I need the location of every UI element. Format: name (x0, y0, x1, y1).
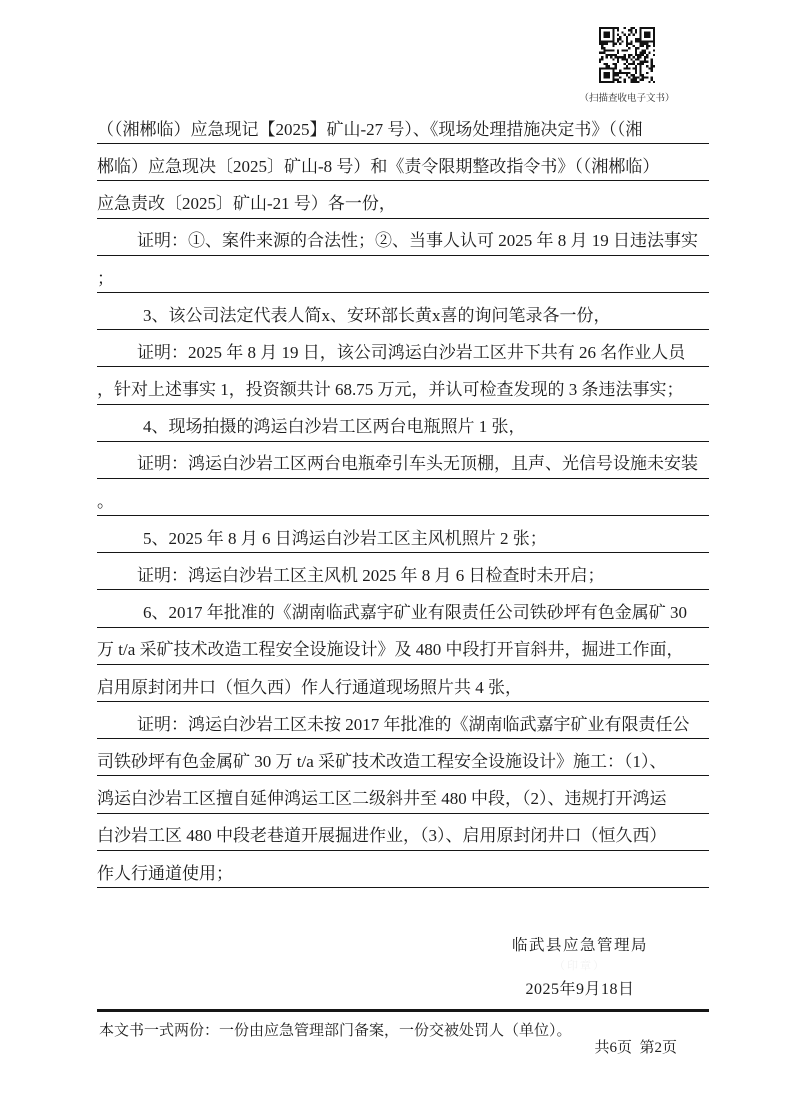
issuing-agency: 临武县应急管理局 (430, 933, 730, 955)
footer-divider (97, 1009, 709, 1012)
issue-date: 2025年9月18日 (430, 976, 730, 999)
body-line: ，针对上述事实 1，投资额共计 68.75 万元，并认可检查发现的 3 条违法事… (97, 367, 709, 404)
signature-block: 临武县应急管理局 （印章） 2025年9月18日 (430, 933, 730, 999)
body-line: 启用原封闭井口（恒久西）作人行通道现场照片共 4 张， (97, 665, 709, 702)
body-line: 鸿运白沙岩工区擅自延伸鸿运工区二级斜井至 480 中段，（2）、违规打开鸿运 (97, 776, 709, 813)
qr-code (599, 27, 655, 83)
seal-placeholder: （印章） (430, 957, 730, 973)
qr-block: （扫描查收电子文书） (568, 27, 686, 104)
document-body: （（湘郴临）应急现记【2025】矿山-27 号）、《现场处理措施决定书》（（湘郴… (97, 107, 709, 888)
body-line: 郴临）应急现决〔2025〕矿山-8 号）和《责令限期整改指令书》（（湘郴临） (97, 144, 709, 181)
body-line: 3、该公司法定代表人简x、安环部长黄x喜的询问笔录各一份， (97, 293, 709, 330)
body-line: 万 t/a 采矿技术改造工程安全设施设计》及 480 中段打开盲斜井，掘进工作面… (97, 628, 709, 665)
body-line: 证明：鸿运白沙岩工区两台电瓶牵引车头无顶棚，且声、光信号设施未安装 (97, 442, 709, 479)
body-line: 作人行通道使用； (97, 851, 709, 888)
body-line: 。 (97, 479, 709, 516)
footer-note: 本文书一式两份：一份由应急管理部门备案，一份交被处罚人（单位）。 (99, 1019, 572, 1040)
body-line: 4、现场拍摄的鸿运白沙岩工区两台电瓶照片 1 张， (97, 405, 709, 442)
body-line: 司铁砂坪有色金属矿 30 万 t/a 采矿技术改造工程安全设施设计》施工：（1）… (97, 739, 709, 776)
body-line: 应急责改〔2025〕矿山-21 号）各一份， (97, 181, 709, 218)
body-line: 证明：2025 年 8 月 19 日，该公司鸿运白沙岩工区井下共有 26 名作业… (97, 330, 709, 367)
document-page: { "page": { "qr": { "caption": "（扫描查收电子文… (0, 0, 789, 1118)
body-line: 白沙岩工区 480 中段老巷道开展掘进作业，（3）、启用原封闭井口（恒久西） (97, 814, 709, 851)
body-line: 证明：鸿运白沙岩工区未按 2017 年批准的《湖南临武嘉宇矿业有限责任公 (97, 702, 709, 739)
page-number: 共6页 第2页 (594, 1036, 677, 1057)
body-line: 证明：①、案件来源的合法性；②、当事人认可 2025 年 8 月 19 日违法事… (97, 219, 709, 256)
qr-caption: （扫描查收电子文书） (568, 90, 686, 104)
body-line: （（湘郴临）应急现记【2025】矿山-27 号）、《现场处理措施决定书》（（湘 (97, 107, 709, 144)
body-line: ； (97, 256, 709, 293)
body-line: 证明：鸿运白沙岩工区主风机 2025 年 8 月 6 日检查时未开启； (97, 553, 709, 590)
body-line: 6、2017 年批准的《湖南临武嘉宇矿业有限责任公司铁砂坪有色金属矿 30 (97, 590, 709, 627)
body-line: 5、2025 年 8 月 6 日鸿运白沙岩工区主风机照片 2 张； (97, 516, 709, 553)
